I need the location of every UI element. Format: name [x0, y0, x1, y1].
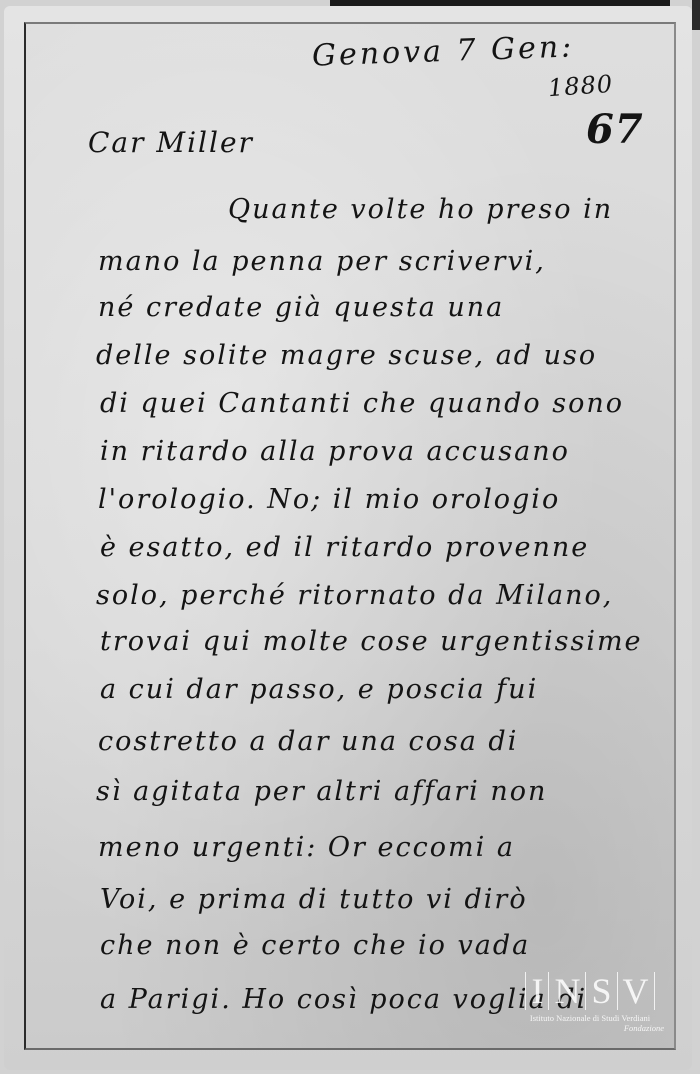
logo-letter: I	[525, 972, 548, 1010]
folio-number: 67	[586, 106, 644, 153]
insv-watermark: I N S V Istituto Nazionale di Studi Verd…	[510, 972, 670, 1036]
salutation: Car Miller	[88, 126, 254, 159]
institution-subtitle: Fondazione	[510, 1023, 670, 1033]
body-line: di quei Cantanti che quando sono	[100, 388, 624, 419]
logo-letter: S	[585, 972, 616, 1010]
year: 1880	[547, 70, 614, 102]
body-line: a cui dar passo, e poscia fui	[100, 674, 538, 705]
body-line: delle solite magre scuse, ad uso	[96, 340, 597, 371]
logo-letter: N	[548, 972, 585, 1010]
body-line: solo, perché ritornato da Milano,	[96, 580, 613, 611]
body-line: meno urgenti: Or eccomi a	[98, 832, 515, 863]
body-line: l'orologio. No; il mio orologio	[98, 484, 560, 515]
institution-name: Istituto Nazionale di Studi Verdiani	[510, 1013, 670, 1023]
body-line: in ritardo alla prova accusano	[100, 436, 570, 467]
body-line: Quante volte ho preso in	[228, 194, 613, 225]
body-line: costretto a dar una cosa di	[98, 726, 518, 757]
body-line: che non è certo che io vada	[100, 930, 530, 961]
logo-letter: V	[617, 972, 655, 1010]
photo-edge-right	[692, 0, 700, 30]
body-line: né credate già questa una	[98, 292, 504, 323]
body-line: sì agitata per altri affari non	[96, 776, 547, 807]
body-line: mano la penna per scrivervi,	[98, 246, 546, 277]
body-line: è esatto, ed il ritardo provenne	[100, 532, 589, 563]
body-line: trovai qui molte cose urgentissime	[100, 626, 643, 657]
insv-logo: I N S V	[510, 972, 670, 1010]
body-line: Voi, e prima di tutto vi dirò	[100, 884, 528, 915]
